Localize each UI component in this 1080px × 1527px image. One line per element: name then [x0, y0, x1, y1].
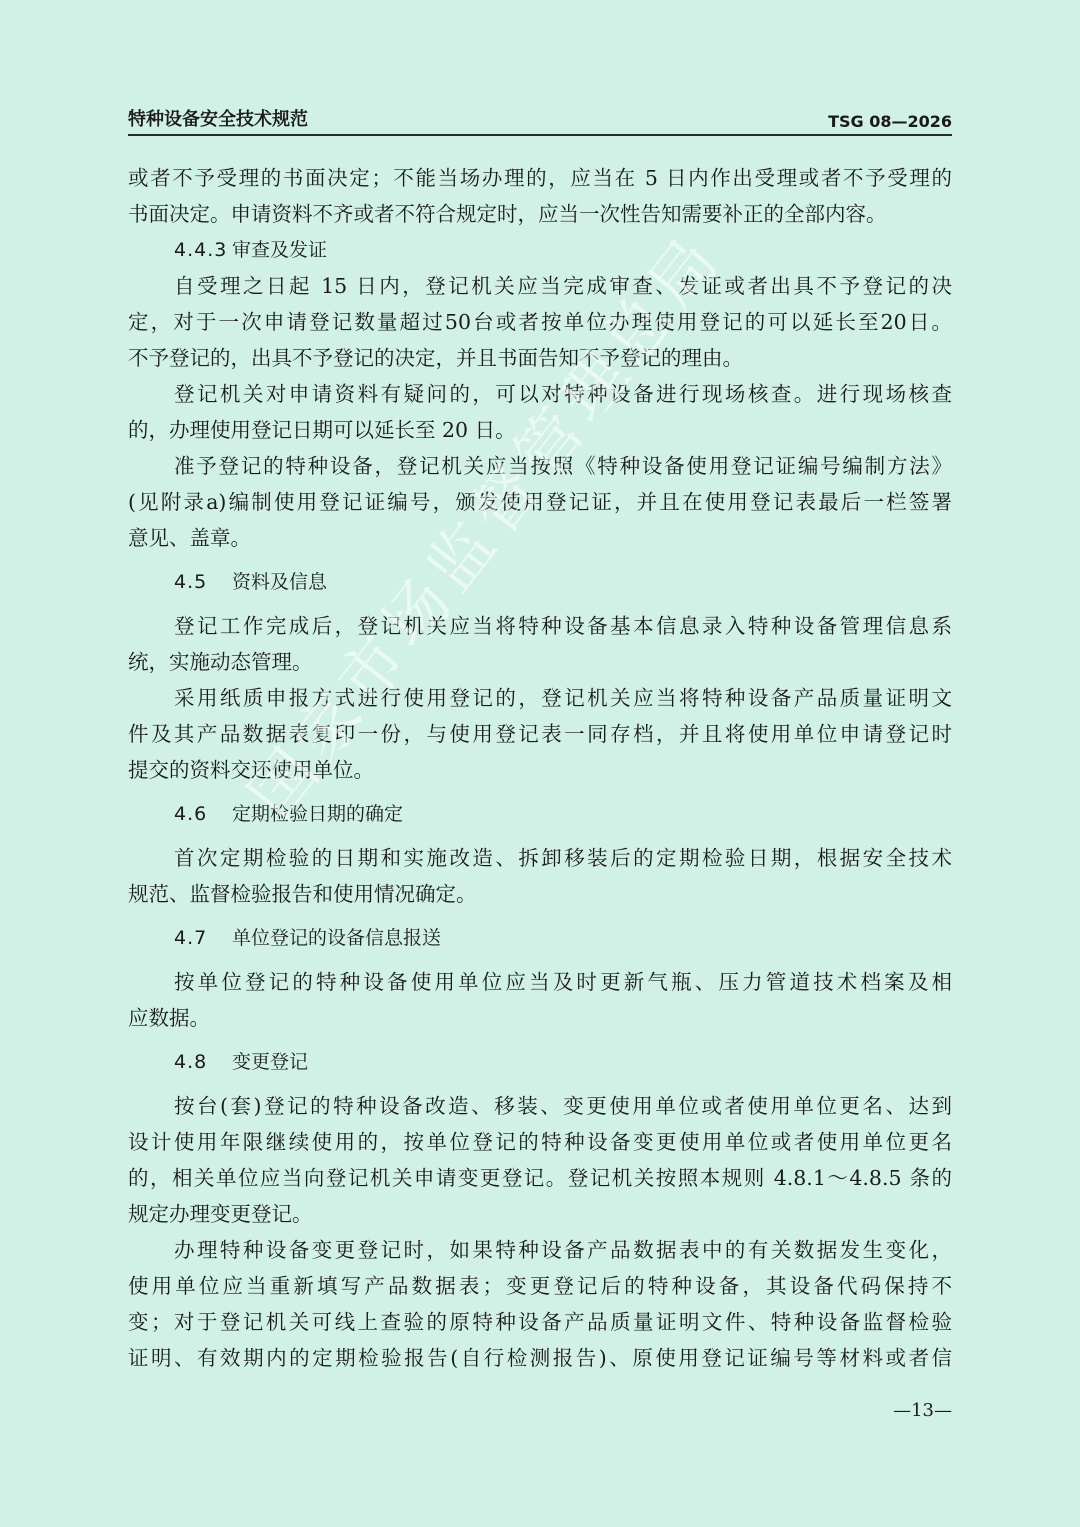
text-line: 书面决定。申请资料不齐或者不符合规定时，应当一次性告知需要补正的全部内容。 — [128, 196, 952, 232]
section-heading-4-5: 4.5资料及信息 — [128, 564, 952, 600]
document-page: 特种设备安全技术规范 TSG 08—2026 或者不予受理的书面决定；不能当场办… — [128, 0, 952, 1527]
text-line: (见附录a)编制使用登记证编号，颁发使用登记证，并且在使用登记表最后一栏签署 — [128, 484, 952, 520]
text-line: 按台(套)登记的特种设备改造、移装、变更使用单位或者使用单位更名、达到 — [128, 1088, 952, 1124]
text-line: 的，办理使用登记日期可以延长至 20 日。 — [128, 412, 952, 448]
paragraph: 准予登记的特种设备，登记机关应当按照《特种设备使用登记证编号编制方法》 (见附录… — [128, 448, 952, 556]
text-line: 或者不予受理的书面决定；不能当场办理的，应当在 5 日内作出受理或者不予受理的 — [128, 160, 952, 196]
page-number: —13— — [893, 1400, 952, 1421]
header-standard-code: TSG 08—2026 — [828, 112, 952, 131]
paragraph: 按台(套)登记的特种设备改造、移装、变更使用单位或者使用单位更名、达到 设计使用… — [128, 1088, 952, 1232]
paragraph: 登记机关对申请资料有疑问的，可以对特种设备进行现场核查。进行现场核查 的，办理使… — [128, 376, 952, 448]
section-number: 4.4.3 — [174, 232, 232, 268]
paragraph: 登记工作完成后，登记机关应当将特种设备基本信息录入特种设备管理信息系 统，实施动… — [128, 608, 952, 680]
section-title: 资料及信息 — [232, 571, 327, 593]
text-line: 首次定期检验的日期和实施改造、拆卸移装后的定期检验日期，根据安全技术 — [128, 840, 952, 876]
section-title: 审查及发证 — [232, 239, 327, 261]
header-title: 特种设备安全技术规范 — [128, 105, 308, 131]
section-heading-4-6: 4.6定期检验日期的确定 — [128, 796, 952, 832]
paragraph: 按单位登记的特种设备使用单位应当及时更新气瓶、压力管道技术档案及相 应数据。 — [128, 964, 952, 1036]
text-line: 变；对于登记机关可线上查验的原特种设备产品质量证明文件、特种设备监督检验 — [128, 1304, 952, 1340]
text-line: 规范、监督检验报告和使用情况确定。 — [128, 876, 952, 912]
section-number: 4.5 — [174, 564, 232, 600]
section-number: 4.7 — [174, 920, 232, 956]
page-body: 或者不予受理的书面决定；不能当场办理的，应当在 5 日内作出受理或者不予受理的 … — [128, 160, 952, 1376]
text-line: 准予登记的特种设备，登记机关应当按照《特种设备使用登记证编号编制方法》 — [128, 448, 952, 484]
text-line: 设计使用年限继续使用的，按单位登记的特种设备变更使用单位或者使用单位更名 — [128, 1124, 952, 1160]
paragraph: 首次定期检验的日期和实施改造、拆卸移装后的定期检验日期，根据安全技术 规范、监督… — [128, 840, 952, 912]
text-line: 提交的资料交还使用单位。 — [128, 752, 952, 788]
text-line: 定，对于一次申请登记数量超过50台或者按单位办理使用登记的可以延长至20日。 — [128, 304, 952, 340]
paragraph: 自受理之日起 15 日内，登记机关应当完成审查、发证或者出具不予登记的决 定，对… — [128, 268, 952, 376]
paragraph-continued: 或者不予受理的书面决定；不能当场办理的，应当在 5 日内作出受理或者不予受理的 … — [128, 160, 952, 232]
page-header: 特种设备安全技术规范 TSG 08—2026 — [128, 108, 952, 136]
paragraph: 办理特种设备变更登记时，如果特种设备产品数据表中的有关数据发生变化， 使用单位应… — [128, 1232, 952, 1376]
section-heading-4-8: 4.8变更登记 — [128, 1044, 952, 1080]
text-line: 应数据。 — [128, 1000, 952, 1036]
text-line: 不予登记的，出具不予登记的决定，并且书面告知不予登记的理由。 — [128, 340, 952, 376]
text-line: 自受理之日起 15 日内，登记机关应当完成审查、发证或者出具不予登记的决 — [128, 268, 952, 304]
section-title: 定期检验日期的确定 — [232, 803, 403, 825]
section-heading-4-4-3: 4.4.3审查及发证 — [128, 232, 952, 268]
section-title: 单位登记的设备信息报送 — [232, 927, 441, 949]
section-heading-4-7: 4.7单位登记的设备信息报送 — [128, 920, 952, 956]
text-line: 办理特种设备变更登记时，如果特种设备产品数据表中的有关数据发生变化， — [128, 1232, 952, 1268]
text-line: 登记工作完成后，登记机关应当将特种设备基本信息录入特种设备管理信息系 — [128, 608, 952, 644]
text-line: 按单位登记的特种设备使用单位应当及时更新气瓶、压力管道技术档案及相 — [128, 964, 952, 1000]
text-line: 采用纸质申报方式进行使用登记的，登记机关应当将特种设备产品质量证明文 — [128, 680, 952, 716]
text-line: 件及其产品数据表复印一份，与使用登记表一同存档，并且将使用单位申请登记时 — [128, 716, 952, 752]
text-line: 规定办理变更登记。 — [128, 1196, 952, 1232]
text-line: 使用单位应当重新填写产品数据表；变更登记后的特种设备，其设备代码保持不 — [128, 1268, 952, 1304]
paragraph: 采用纸质申报方式进行使用登记的，登记机关应当将特种设备产品质量证明文 件及其产品… — [128, 680, 952, 788]
text-line: 登记机关对申请资料有疑问的，可以对特种设备进行现场核查。进行现场核查 — [128, 376, 952, 412]
text-line: 统，实施动态管理。 — [128, 644, 952, 680]
section-number: 4.8 — [174, 1044, 232, 1080]
text-line: 意见、盖章。 — [128, 520, 952, 556]
text-line: 证明、有效期内的定期检验报告(自行检测报告)、原使用登记证编号等材料或者信 — [128, 1340, 952, 1376]
section-title: 变更登记 — [232, 1051, 308, 1073]
section-number: 4.6 — [174, 796, 232, 832]
text-line: 的，相关单位应当向登记机关申请变更登记。登记机关按照本规则 4.8.1～4.8.… — [128, 1160, 952, 1196]
